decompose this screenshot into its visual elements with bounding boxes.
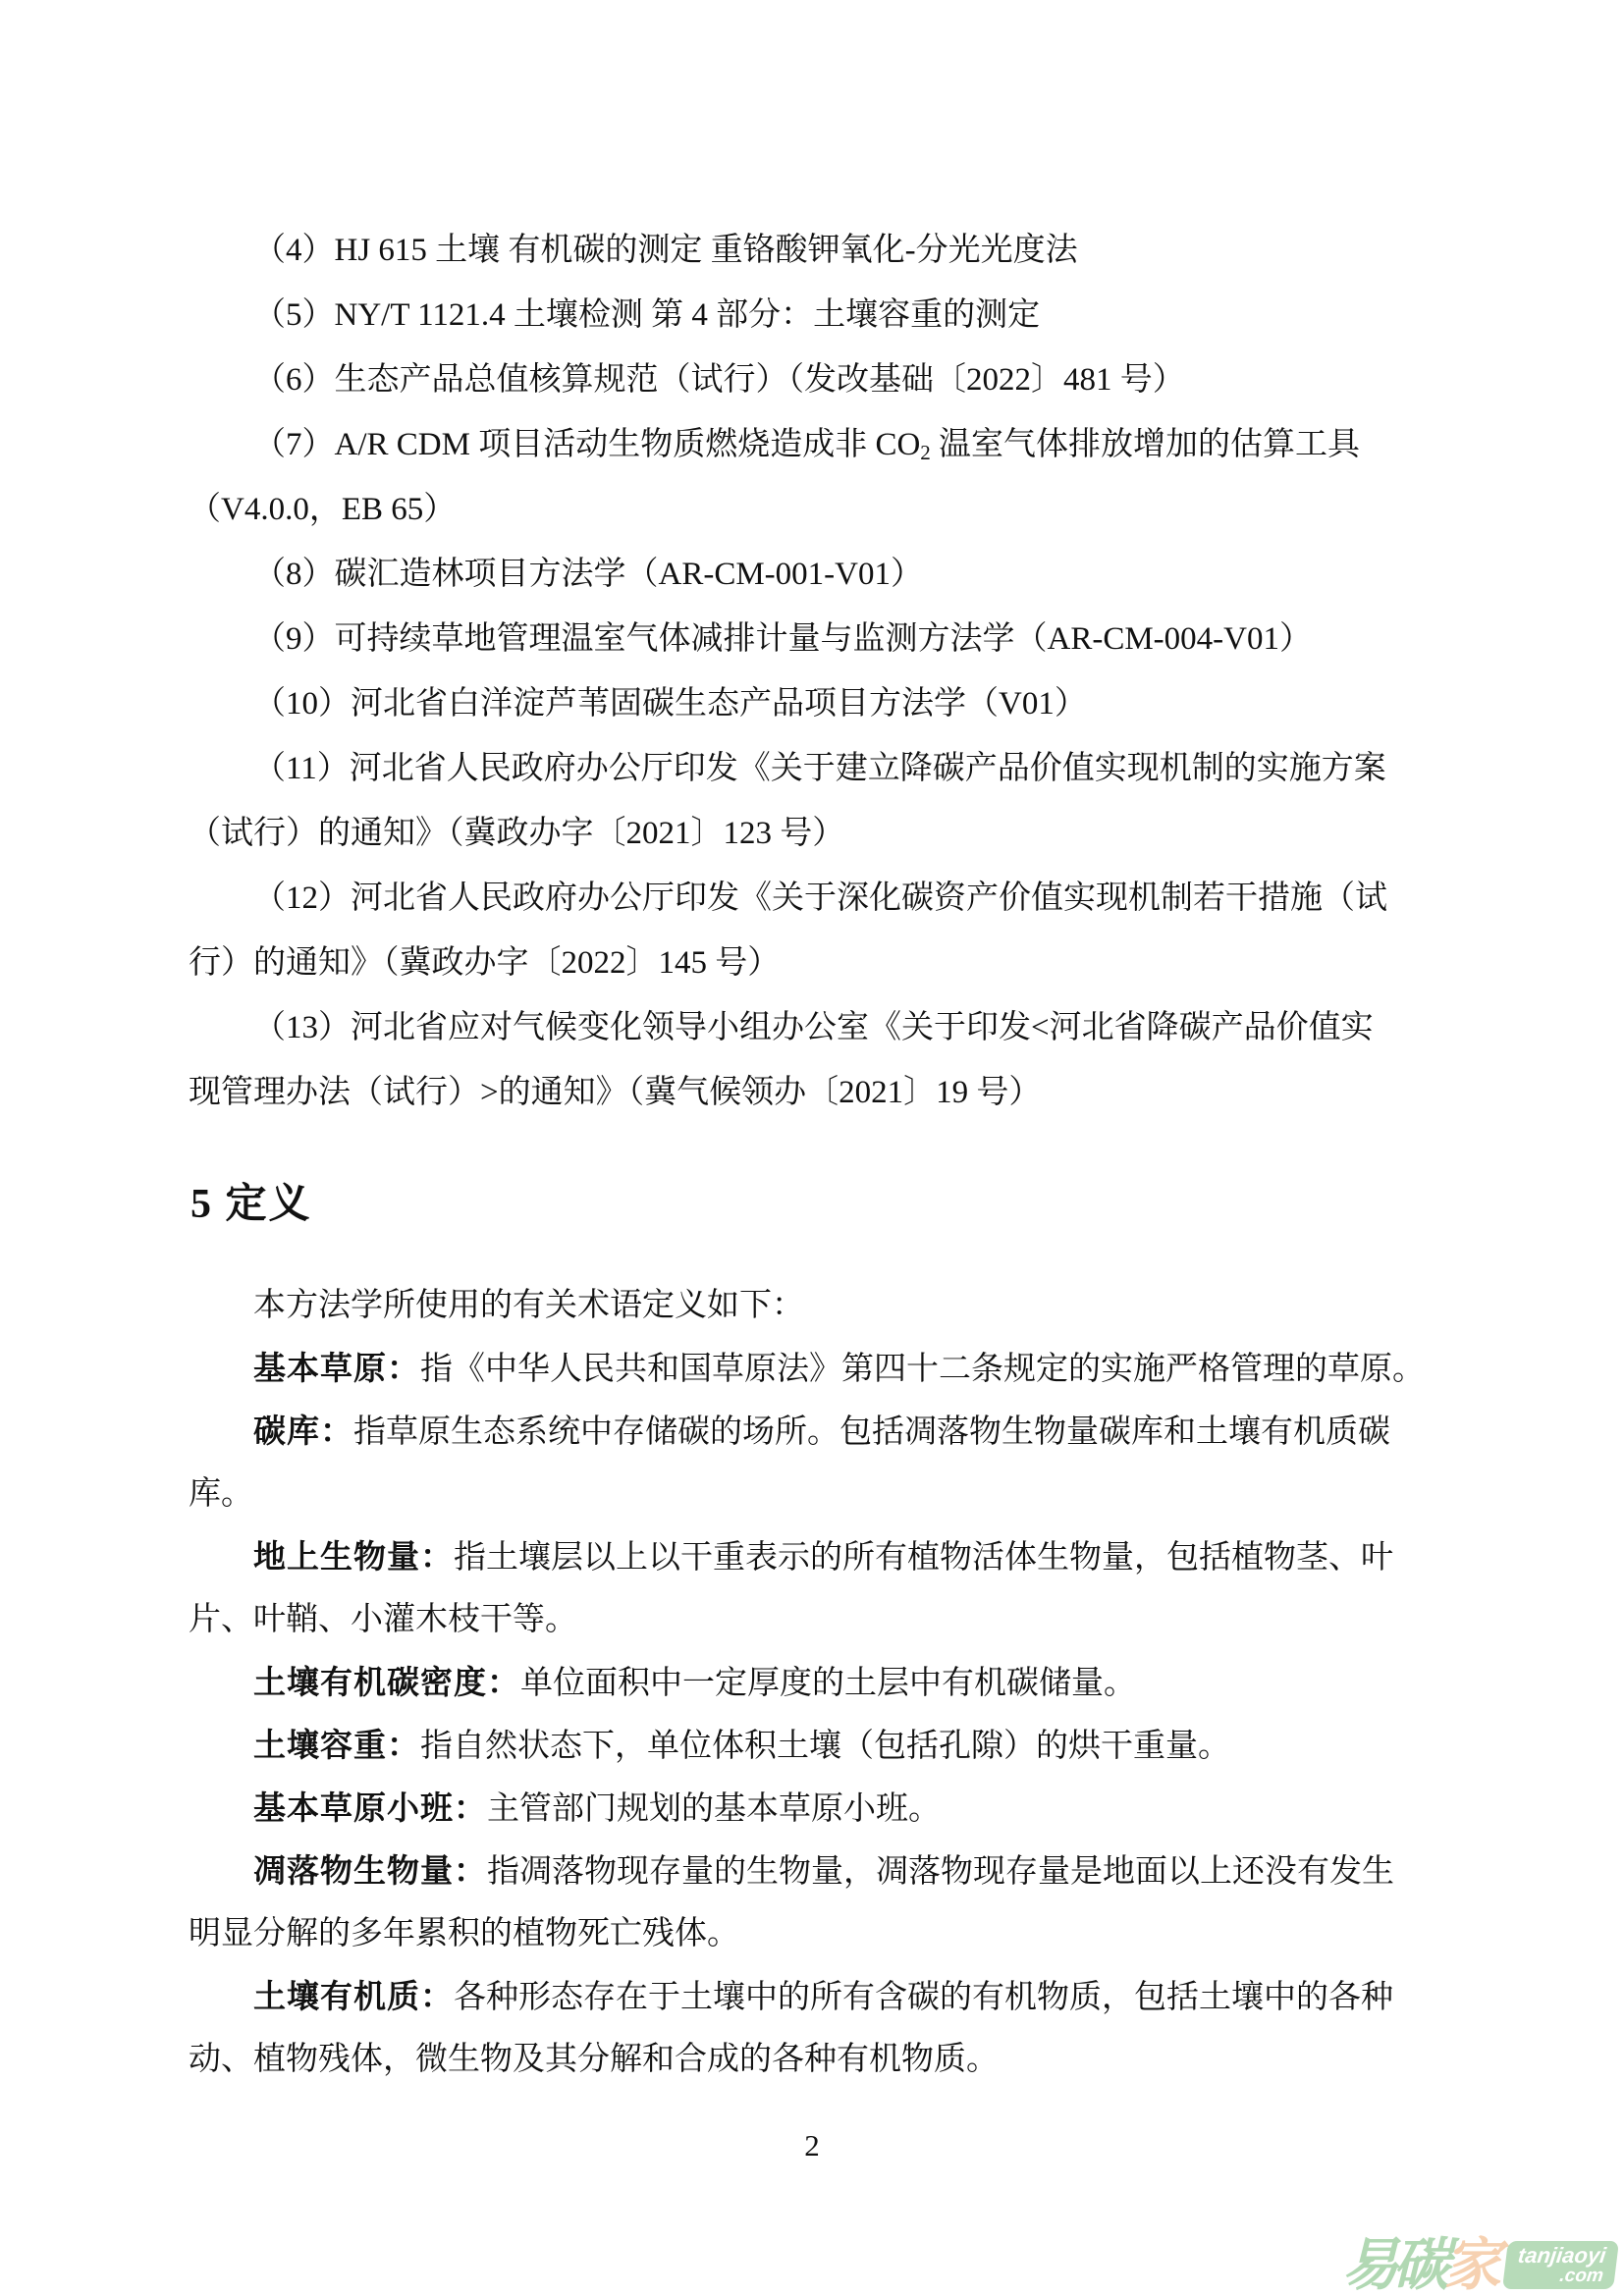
brand-char-yi: 易 [1342,2238,1399,2292]
brand-badge: tanjiaoyi .com [1502,2241,1619,2289]
document-page: （4）HJ 615 土壤 有机碳的测定 重铬酸钾氧化-分光光度法（5）NY/T … [0,0,1624,2296]
definition-term: 凋落物生物量： [253,1852,487,1889]
definition-term: 碳库： [253,1413,353,1449]
definition-term: 土壤容重： [253,1727,420,1763]
text-line: （12）河北省人民政府办公厅印发《关于深化碳资产价值实现机制若干措施（试 [189,866,1437,931]
text-line: 明显分解的多年累积的植物死亡残体。 [189,1902,1437,1965]
text-line: 现管理办法（试行）>的通知》（冀气候领办〔2021〕19 号） [189,1060,1437,1125]
text-line: 基本草原：指《中华人民共和国草原法》第四十二条规定的实施严格管理的草原。 [189,1337,1437,1400]
text-run: 片、叶鞘、小灌木枝干等。 [189,1602,577,1637]
subscript-text: 2 [920,441,931,464]
text-run: （V4.0.0，EB 65） [189,492,456,527]
text-line: 地上生物量：指土壤层以上以干重表示的所有植物活体生物量，包括植物茎、叶 [189,1525,1437,1588]
text-run: （5）NY/T 1121.4 土壤检测 第 4 部分：土壤容重的测定 [253,297,1040,333]
text-line: （10）河北省白洋淀芦苇固碳生态产品项目方法学（V01） [189,671,1437,736]
text-line: （8）碳汇造林项目方法学（AR-CM-001-V01） [189,542,1437,607]
text-run: 现管理办法（试行）>的通知》（冀气候领办〔2021〕19 号） [189,1075,1041,1110]
definitions-list: 本方法学所使用的有关术语定义如下：基本草原：指《中华人民共和国草原法》第四十二条… [189,1274,1437,2091]
references-list: （4）HJ 615 土壤 有机碳的测定 重铬酸钾氧化-分光光度法（5）NY/T … [189,218,1437,1125]
text-run: （12）河北省人民政府办公厅印发《关于深化碳资产价值实现机制若干措施（试 [253,881,1387,916]
text-run: 明显分解的多年累积的植物死亡残体。 [189,1916,739,1951]
text-run: 指土壤层以上以干重表示的所有植物活体生物量，包括植物茎、叶 [454,1540,1393,1575]
text-run: （11）河北省人民政府办公厅印发《关于建立降碳产品价值实现机制的实施方案 [253,751,1386,786]
text-run: （7）A/R CDM 项目活动生物质燃烧造成非 CO [253,427,920,462]
definition-term: 基本草原小班： [253,1789,487,1826]
text-run: （10）河北省白洋淀芦苇固碳生态产品项目方法学（V01） [253,686,1087,721]
text-run: （试行）的通知》（冀政办字〔2021〕123 号） [189,816,844,851]
text-line: （5）NY/T 1121.4 土壤检测 第 4 部分：土壤容重的测定 [189,283,1437,347]
definition-term: 地上生物量： [253,1538,454,1575]
text-run: （13）河北省应对气候变化领导小组办公室《关于印发<河北省降碳产品价值实 [253,1010,1374,1045]
watermark-logo: 易 碳 家 tanjiaoyi .com [1348,2238,1616,2292]
text-line: （11）河北省人民政府办公厅印发《关于建立降碳产品价值实现机制的实施方案 [189,736,1437,801]
page-number: 2 [0,2126,1624,2165]
text-line: （9）可持续草地管理温室气体减排计量与监测方法学（AR-CM-004-V01） [189,607,1437,671]
section-heading: 5 定义 [190,1176,312,1233]
definition-term: 土壤有机质： [253,1978,454,2014]
text-line: 片、叶鞘、小灌木枝干等。 [189,1588,1437,1651]
text-line: 行）的通知》（冀政办字〔2022〕145 号） [189,931,1437,995]
definition-term: 土壤有机碳密度： [253,1664,520,1700]
text-line: 土壤容重：指自然状态下，单位体积土壤（包括孔隙）的烘干重量。 [189,1714,1437,1777]
text-run: 指自然状态下，单位体积土壤（包括孔隙）的烘干重量。 [420,1729,1230,1764]
brand-char-jia: 家 [1444,2238,1501,2292]
text-line: 凋落物生物量：指凋落物现存量的生物量，凋落物现存量是地面以上还没有发生 [189,1840,1437,1902]
text-run: （9）可持续草地管理温室气体减排计量与监测方法学（AR-CM-004-V01） [253,621,1312,657]
brand-badge-domain: tanjiaoyi [1517,2245,1607,2267]
brand-badge-tld: .com [1514,2267,1604,2285]
text-run: 单位面积中一定厚度的土层中有机碳储量。 [520,1666,1136,1701]
text-line: （13）河北省应对气候变化领导小组办公室《关于印发<河北省降碳产品价值实 [189,995,1437,1060]
text-line: （6）生态产品总值核算规范（试行）（发改基础〔2022〕481 号） [189,347,1437,412]
text-line: 土壤有机碳密度：单位面积中一定厚度的土层中有机碳储量。 [189,1651,1437,1714]
text-line: 碳库：指草原生态系统中存储碳的场所。包括凋落物生物量碳库和土壤有机质碳 [189,1400,1437,1463]
text-line: 动、植物残体，微生物及其分解和合成的各种有机物质。 [189,2028,1437,2091]
text-line: （V4.0.0，EB 65） [189,477,1437,542]
text-run: 本方法学所使用的有关术语定义如下： [253,1288,804,1323]
definition-term: 基本草原： [253,1350,420,1386]
brand-char-tan: 碳 [1393,2238,1450,2292]
text-run: 行）的通知》（冀政办字〔2022〕145 号） [189,945,780,981]
text-run: 温室气体排放增加的估算工具 [931,427,1360,462]
text-run: 指草原生态系统中存储碳的场所。包括凋落物生物量碳库和土壤有机质碳 [353,1415,1390,1450]
text-line: 库。 [189,1463,1437,1525]
text-run: 各种形态存在于土壤中的所有含碳的有机物质，包括土壤中的各种 [454,1980,1393,2015]
text-line: 本方法学所使用的有关术语定义如下： [189,1274,1437,1337]
text-line: （7）A/R CDM 项目活动生物质燃烧造成非 CO2 温室气体排放增加的估算工… [189,412,1437,477]
text-run: 指《中华人民共和国草原法》第四十二条规定的实施严格管理的草原。 [420,1352,1425,1387]
text-line: （4）HJ 615 土壤 有机碳的测定 重铬酸钾氧化-分光光度法 [189,218,1437,283]
text-run: 动、植物残体，微生物及其分解和合成的各种有机物质。 [189,2042,999,2077]
text-line: 基本草原小班：主管部门规划的基本草原小班。 [189,1777,1437,1840]
text-run: （6）生态产品总值核算规范（试行）（发改基础〔2022〕481 号） [253,362,1185,398]
text-run: （4）HJ 615 土壤 有机碳的测定 重铬酸钾氧化-分光光度法 [253,233,1078,268]
text-run: 主管部门规划的基本草原小班。 [487,1791,941,1827]
text-line: 土壤有机质：各种形态存在于土壤中的所有含碳的有机物质，包括土壤中的各种 [189,1965,1437,2028]
text-run: 库。 [189,1476,253,1512]
text-run: （8）碳汇造林项目方法学（AR-CM-001-V01） [253,557,923,592]
text-line: （试行）的通知》（冀政办字〔2021〕123 号） [189,801,1437,866]
text-run: 指凋落物现存量的生物量，凋落物现存量是地面以上还没有发生 [487,1854,1394,1890]
